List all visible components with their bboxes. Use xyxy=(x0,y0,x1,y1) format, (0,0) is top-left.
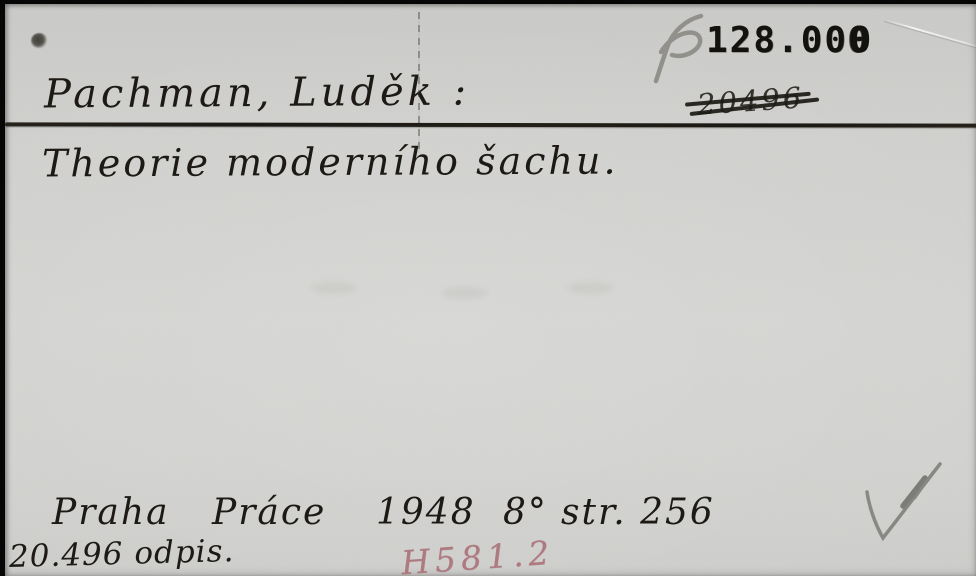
accession-note: 20.496 odpis. xyxy=(9,533,235,575)
imprint-year: 1948 xyxy=(376,492,476,533)
show-through-smudge xyxy=(441,287,487,299)
pencil-checkmark-icon xyxy=(843,450,961,558)
call-number: H581.2 xyxy=(400,533,556,576)
crossed-out-number: 20496 xyxy=(692,80,810,122)
ink-dot xyxy=(31,33,47,48)
corner-crease xyxy=(884,19,976,49)
imprint-place: Praha xyxy=(52,492,170,533)
accession-number: 128.000 xyxy=(706,20,872,61)
show-through-smudge xyxy=(567,282,613,294)
imprint-pages: str. 256 xyxy=(561,492,715,533)
title-line: Theorie moderního šachu. xyxy=(42,138,619,185)
author-line: Pachman, Luděk : xyxy=(44,69,470,118)
ruled-line xyxy=(5,122,976,127)
imprint-publisher: Práce xyxy=(212,492,326,533)
scanned-catalog-card: 128.000 0 20496 Pachman, Luděk : Theorie… xyxy=(0,0,976,576)
accession-number-overstrike: 0 xyxy=(848,20,870,61)
fold-crease xyxy=(418,12,420,154)
card-paper: 128.000 0 20496 Pachman, Luděk : Theorie… xyxy=(5,4,976,576)
show-through-smudge xyxy=(311,282,357,294)
imprint-format: 8° xyxy=(503,492,548,533)
